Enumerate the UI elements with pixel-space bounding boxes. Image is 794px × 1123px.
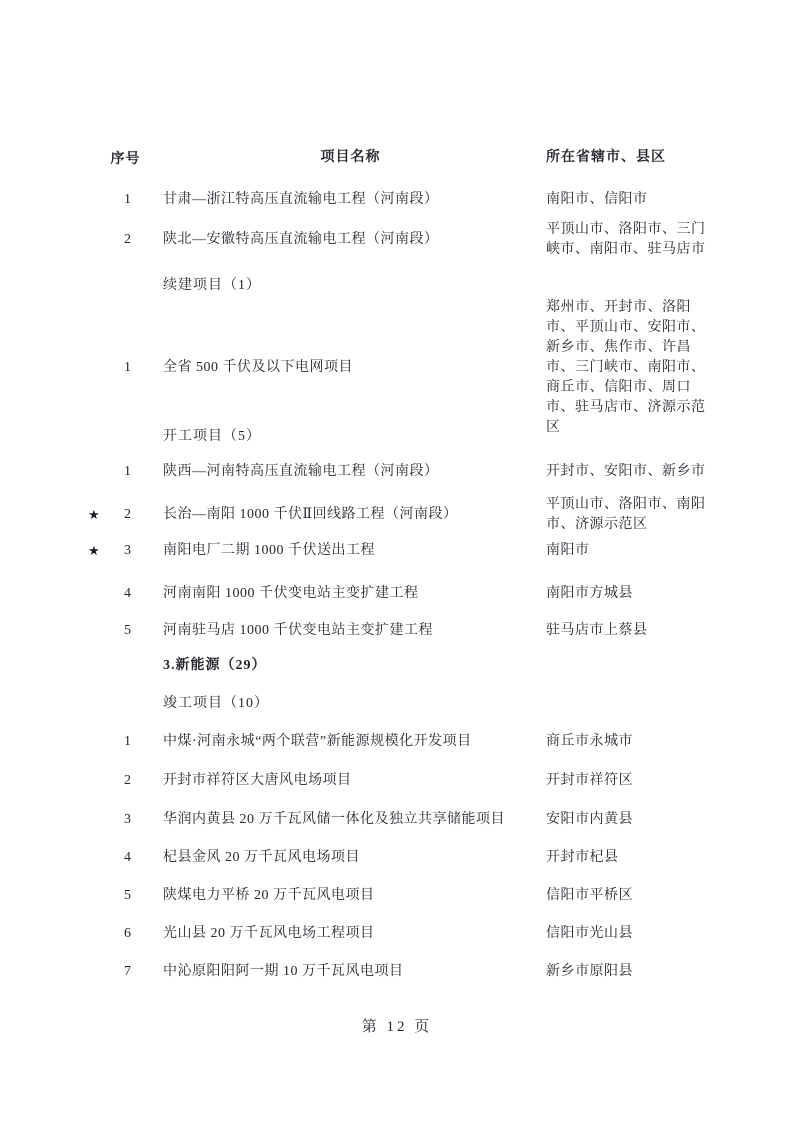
section-label: 竣工项目（10） (163, 694, 269, 714)
project-location: 开封市祥符区 (546, 771, 714, 791)
project-location: 南阳市、信阳市 (546, 190, 714, 210)
row-num: 1 (124, 192, 163, 208)
project-name: 河南南阳 1000 千伏变电站主变扩建工程 (163, 584, 546, 604)
section-label: 3.新能源（29） (163, 656, 267, 676)
project-name: 中沁原阳阳阿一期 10 万千瓦风电项目 (163, 962, 546, 982)
project-name: 陕西—河南特高压直流输电工程（河南段） (163, 462, 546, 482)
table-row: 5 陕煤电力平桥 20 万千瓦风电项目 信阳市平桥区 (88, 886, 714, 906)
table-row: 2 陕北—安徽特高压直流输电工程（河南段） 平顶山市、洛阳市、三门峡市、南阳市、… (88, 220, 714, 260)
project-location: 商丘市永城市 (546, 732, 714, 752)
row-num: 3 (124, 812, 163, 828)
table-row: 1 全省 500 千伏及以下电网项目 郑州市、开封市、洛阳市、平顶山市、安阳市、… (88, 298, 714, 438)
project-location: 南阳市 (546, 541, 714, 561)
table-row: 4 河南南阳 1000 千伏变电站主变扩建工程 南阳市方城县 (88, 584, 714, 604)
section-label: 开工项目（5） (163, 427, 261, 447)
project-location: 信阳市光山县 (546, 924, 714, 944)
project-location: 南阳市方城县 (546, 584, 714, 604)
section-label: 续建项目（1） (163, 276, 261, 296)
row-num: 1 (124, 734, 163, 750)
table-row: 1 中煤·河南永城“两个联营”新能源规模化开发项目 商丘市永城市 (88, 732, 714, 752)
section-header: 续建项目（1） (88, 276, 714, 296)
row-num: 4 (124, 850, 163, 866)
table-row: 1 甘肃—浙江特高压直流输电工程（河南段） 南阳市、信阳市 (88, 190, 714, 210)
project-name: 甘肃—浙江特高压直流输电工程（河南段） (163, 190, 546, 210)
project-location: 平顶山市、洛阳市、南阳市、济源示范区 (546, 495, 714, 535)
table-row: 1 陕西—河南特高压直流输电工程（河南段） 开封市、安阳市、新乡市 (88, 462, 714, 482)
project-name: 光山县 20 万千瓦风电场工程项目 (163, 924, 546, 944)
row-num: 6 (124, 926, 163, 942)
header-location: 所在省辖市、县区 (546, 148, 714, 168)
table-row: 6 光山县 20 万千瓦风电场工程项目 信阳市光山县 (88, 924, 714, 944)
row-num: 5 (124, 623, 163, 639)
project-name: 杞县金风 20 万千瓦风电场项目 (163, 848, 546, 868)
project-name: 开封市祥符区大唐风电场项目 (163, 771, 546, 791)
table-row: ★ 2 长治—南阳 1000 千伏Ⅱ回线路工程（河南段） 平顶山市、洛阳市、南阳… (88, 495, 714, 535)
row-num: 1 (124, 464, 163, 480)
project-location: 驻马店市上蔡县 (546, 621, 714, 641)
section-header: 竣工项目（10） (88, 694, 714, 714)
project-location: 开封市、安阳市、新乡市 (546, 462, 714, 482)
table-row: 3 华润内黄县 20 万千瓦风储一体化及独立共享储能项目 安阳市内黄县 (88, 810, 714, 830)
header-num: 序号 (88, 148, 163, 168)
table-row: 7 中沁原阳阳阿一期 10 万千瓦风电项目 新乡市原阳县 (88, 962, 714, 982)
row-num: 1 (124, 360, 163, 376)
project-name: 中煤·河南永城“两个联营”新能源规模化开发项目 (163, 732, 546, 752)
row-num: 2 (124, 773, 163, 789)
table-row: 4 杞县金风 20 万千瓦风电场项目 开封市杞县 (88, 848, 714, 868)
project-name: 河南驻马店 1000 千伏变电站主变扩建工程 (163, 621, 546, 641)
header-project-name: 项目名称 (163, 148, 546, 168)
project-location: 安阳市内黄县 (546, 810, 714, 830)
project-name: 全省 500 千伏及以下电网项目 (163, 358, 546, 378)
project-location: 郑州市、开封市、洛阳市、平顶山市、安阳市、新乡市、焦作市、许昌市、三门峡市、南阳… (546, 298, 714, 438)
document-page: 序号 项目名称 所在省辖市、县区 1 甘肃—浙江特高压直流输电工程（河南段） 南… (0, 0, 794, 1123)
project-name: 南阳电厂二期 1000 千伏送出工程 (163, 541, 546, 561)
project-location: 新乡市原阳县 (546, 962, 714, 982)
star-icon: ★ (88, 507, 124, 523)
table-row: ★ 3 南阳电厂二期 1000 千伏送出工程 南阳市 (88, 541, 714, 561)
project-location: 信阳市平桥区 (546, 886, 714, 906)
row-num: 2 (124, 507, 163, 523)
table-row: 5 河南驻马店 1000 千伏变电站主变扩建工程 驻马店市上蔡县 (88, 621, 714, 641)
row-num: 2 (124, 232, 163, 248)
table-header-row: 序号 项目名称 所在省辖市、县区 (88, 148, 714, 168)
section-header: 3.新能源（29） (88, 656, 714, 676)
table-row: 2 开封市祥符区大唐风电场项目 开封市祥符区 (88, 771, 714, 791)
row-num: 5 (124, 888, 163, 904)
star-icon: ★ (88, 543, 124, 559)
project-name: 长治—南阳 1000 千伏Ⅱ回线路工程（河南段） (163, 505, 546, 525)
project-location: 开封市杞县 (546, 848, 714, 868)
page-number: 第 12 页 (0, 1015, 794, 1036)
project-name: 华润内黄县 20 万千瓦风储一体化及独立共享储能项目 (163, 810, 546, 830)
section-header: 开工项目（5） (88, 427, 714, 447)
project-name: 陕煤电力平桥 20 万千瓦风电项目 (163, 886, 546, 906)
project-location: 平顶山市、洛阳市、三门峡市、南阳市、驻马店市 (546, 220, 714, 260)
row-num: 7 (124, 964, 163, 980)
row-num: 3 (124, 543, 163, 559)
row-num: 4 (124, 586, 163, 602)
project-name: 陕北—安徽特高压直流输电工程（河南段） (163, 230, 546, 250)
